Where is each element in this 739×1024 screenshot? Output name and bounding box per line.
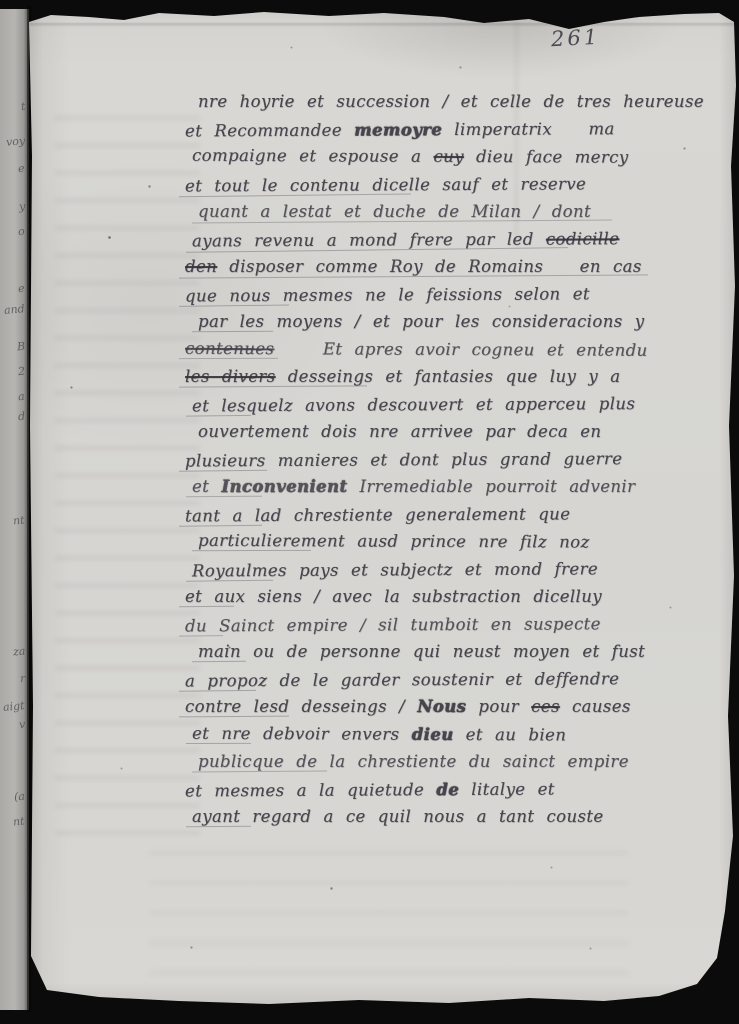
manuscript-word: pour xyxy=(466,697,531,716)
manuscript-word: du Sainct empire / sil tumboit en suspec… xyxy=(185,614,601,635)
edge-text-fragment: a xyxy=(18,390,26,404)
ink-bleedthrough xyxy=(55,116,200,836)
manuscript-word: nre hoyrie et succession / et celle de t… xyxy=(198,92,704,111)
page-number: 261 xyxy=(550,25,600,52)
manuscript-word: codicille xyxy=(546,229,620,248)
manuscript-word: particulierement ausd prince nre filz no… xyxy=(198,531,590,552)
edge-text-fragment: y xyxy=(18,200,25,213)
edge-text-fragment: 2 xyxy=(17,365,25,379)
edge-text-fragment: e xyxy=(18,282,26,296)
manuscript-line: par les moyens / et pour les consideraci… xyxy=(198,308,737,336)
manuscript-line: den disposer comme Roy de Romains en cas xyxy=(185,253,737,281)
manuscript-word: causes xyxy=(560,697,631,716)
scanned-manuscript: tvoyeyoeandB2adntzaraigtv(ant 261 nre ho… xyxy=(0,0,739,1024)
manuscript-line: et Inconvenient Irremediable pourroit ad… xyxy=(192,473,737,501)
edge-text-fragment: nt xyxy=(13,815,26,829)
underline-mark xyxy=(179,715,289,717)
manuscript-line: nre hoyrie et succession / et celle de t… xyxy=(198,88,737,116)
manuscript-line: plusieurs manieres et dont plus grand gu… xyxy=(185,444,737,474)
edge-text-fragment: e xyxy=(18,162,26,176)
manuscript-word: quant a lestat et duche de Milan / dont xyxy=(198,202,591,221)
manuscript-word: que nous mesmes ne le feissions selon et xyxy=(185,284,590,305)
manuscript-line: et nre debvoir envers dieu et au bien xyxy=(192,719,737,749)
manuscript-word: plusieurs manieres et dont plus grand gu… xyxy=(185,449,622,470)
underline-mark xyxy=(186,825,251,826)
manuscript-word: contenues xyxy=(185,338,274,357)
manuscript-page: 261 nre hoyrie et succession / et celle … xyxy=(29,6,737,1008)
manuscript-word: cuy xyxy=(433,147,463,166)
manuscript-word: et nre debvoir envers xyxy=(192,723,412,743)
ink-bleedthrough xyxy=(149,851,629,991)
manuscript-word: et mesmes a la quietude xyxy=(185,780,436,800)
edge-text-fragment: r xyxy=(19,672,25,685)
manuscript-line: ayans revenu a mond frere par led codici… xyxy=(192,224,737,254)
manuscript-line: publicque de la chrestiente du sainct em… xyxy=(198,748,737,776)
manuscript-line: que nous mesmes ne le feissions selon et xyxy=(185,279,737,309)
edge-text-fragment: d xyxy=(17,410,25,424)
manuscript-word: Royaulmes pays et subjectz et mond frere xyxy=(192,559,598,580)
manuscript-line: Royaulmes pays et subjectz et mond frere xyxy=(192,554,737,584)
facing-page-edge: tvoyeyoeandB2adntzaraigtv(ant xyxy=(0,9,29,1010)
manuscript-word: disposer comme Roy de Romains en cas xyxy=(217,257,642,276)
manuscript-line: et Recommandee memoyre limperatrix ma xyxy=(185,114,737,144)
manuscript-line: et lesquelz avons descouvert et apperceu… xyxy=(192,389,737,419)
manuscript-word: et aux siens / avec la substraction dice… xyxy=(185,587,602,606)
manuscript-word: desseings et fantasies que luy y a xyxy=(276,367,621,386)
manuscript-line: ouvertement dois nre arrivee par deca en xyxy=(198,418,737,446)
underline-mark xyxy=(192,660,246,661)
manuscript-word: tant a lad chrestiente generalement que xyxy=(185,504,570,525)
manuscript-line: du Sainct empire / sil tumboit en suspec… xyxy=(185,609,737,639)
manuscript-word: litalye et xyxy=(459,779,555,799)
manuscript-word: publicque de la chrestiente du sainct em… xyxy=(198,752,629,771)
underline-mark xyxy=(186,495,262,497)
manuscript-word: de xyxy=(436,780,459,799)
underline-mark xyxy=(192,330,273,332)
manuscript-line: les divers desseings et fantasies que lu… xyxy=(185,363,737,391)
manuscript-word: par les moyens / et pour les consideraci… xyxy=(198,312,644,331)
manuscript-line: tant a lad chrestiente generalement que xyxy=(185,499,737,529)
manuscript-word: ayans revenu a mond frere par led xyxy=(192,229,546,250)
manuscript-word: et lesquelz avons descouvert et apperceu… xyxy=(192,394,635,415)
underline-mark xyxy=(186,742,251,743)
manuscript-word: dieu face mercy xyxy=(464,147,629,167)
manuscript-word: a propoz de le garder soustenir et deffe… xyxy=(185,669,619,690)
manuscript-word: dieu xyxy=(412,724,454,743)
manuscript-line: particulierement ausd prince nre filz no… xyxy=(198,527,737,557)
manuscript-line: contenues Et apres avoir cogneu et enten… xyxy=(185,334,737,364)
manuscript-word: et xyxy=(192,477,221,496)
manuscript-word: et Recommandee xyxy=(185,120,354,140)
edge-text-fragment: v xyxy=(18,718,25,731)
manuscript-line: et aux siens / avec la substraction dice… xyxy=(185,583,737,611)
edge-text-fragment: voy xyxy=(5,134,25,149)
manuscript-line: compaigne et espouse a cuy dieu face mer… xyxy=(192,142,737,172)
manuscript-word: Nous xyxy=(417,697,466,716)
manuscript-word: Et apres avoir cogneu et entendu xyxy=(274,339,647,360)
manuscript-word: limperatrix ma xyxy=(442,119,615,139)
manuscript-line: quant a lestat et duche de Milan / dont xyxy=(198,198,737,226)
edge-text-fragment: o xyxy=(18,225,26,239)
manuscript-word: ayant regard a ce quil nous a tant coust… xyxy=(192,807,604,826)
manuscript-line: ayant regard a ce quil nous a tant coust… xyxy=(192,803,737,831)
edge-text-fragment: nt xyxy=(13,514,26,528)
manuscript-line: contre lesd desseings / Nous pour ces ca… xyxy=(185,693,737,721)
edge-text-fragment: aigt xyxy=(3,699,26,714)
edge-text-fragment: (a xyxy=(14,790,26,804)
manuscript-line: et mesmes a la quietude de litalye et xyxy=(185,774,737,804)
manuscript-line: a propoz de le garder soustenir et deffe… xyxy=(185,664,737,694)
underline-mark xyxy=(192,549,311,550)
manuscript-word: compaigne et espouse a xyxy=(192,146,434,166)
manuscript-word: den xyxy=(185,257,217,276)
underline-mark xyxy=(179,605,234,606)
manuscript-word: Inconvenient xyxy=(221,477,347,496)
manuscript-word: main ou de personne qui neust moyen et f… xyxy=(198,642,645,661)
manuscript-word: Irremediable pourroit advenir xyxy=(347,477,635,496)
manuscript-word: et tout le contenu dicelle sauf et reser… xyxy=(185,174,586,195)
ink-mark xyxy=(717,972,723,988)
edge-text-fragment: t xyxy=(20,100,26,113)
edge-text-fragment: and xyxy=(4,302,26,317)
manuscript-word: ces xyxy=(531,697,560,716)
crease-line xyxy=(29,23,737,27)
manuscript-word: memoyre xyxy=(354,120,442,139)
manuscript-word: contre lesd desseings / xyxy=(185,697,417,716)
manuscript-line: et tout le contenu dicelle sauf et reser… xyxy=(185,169,737,199)
edge-text-fragment: B xyxy=(16,340,25,354)
manuscript-word: et au bien xyxy=(453,724,566,743)
manuscript-word: ouvertement dois nre arrivee par deca en xyxy=(198,422,601,441)
manuscript-line: main ou de personne qui neust moyen et f… xyxy=(198,638,737,666)
edge-text-fragment: za xyxy=(12,644,25,658)
manuscript-text: nre hoyrie et succession / et celle de t… xyxy=(185,88,737,831)
manuscript-word: les divers xyxy=(185,367,276,386)
